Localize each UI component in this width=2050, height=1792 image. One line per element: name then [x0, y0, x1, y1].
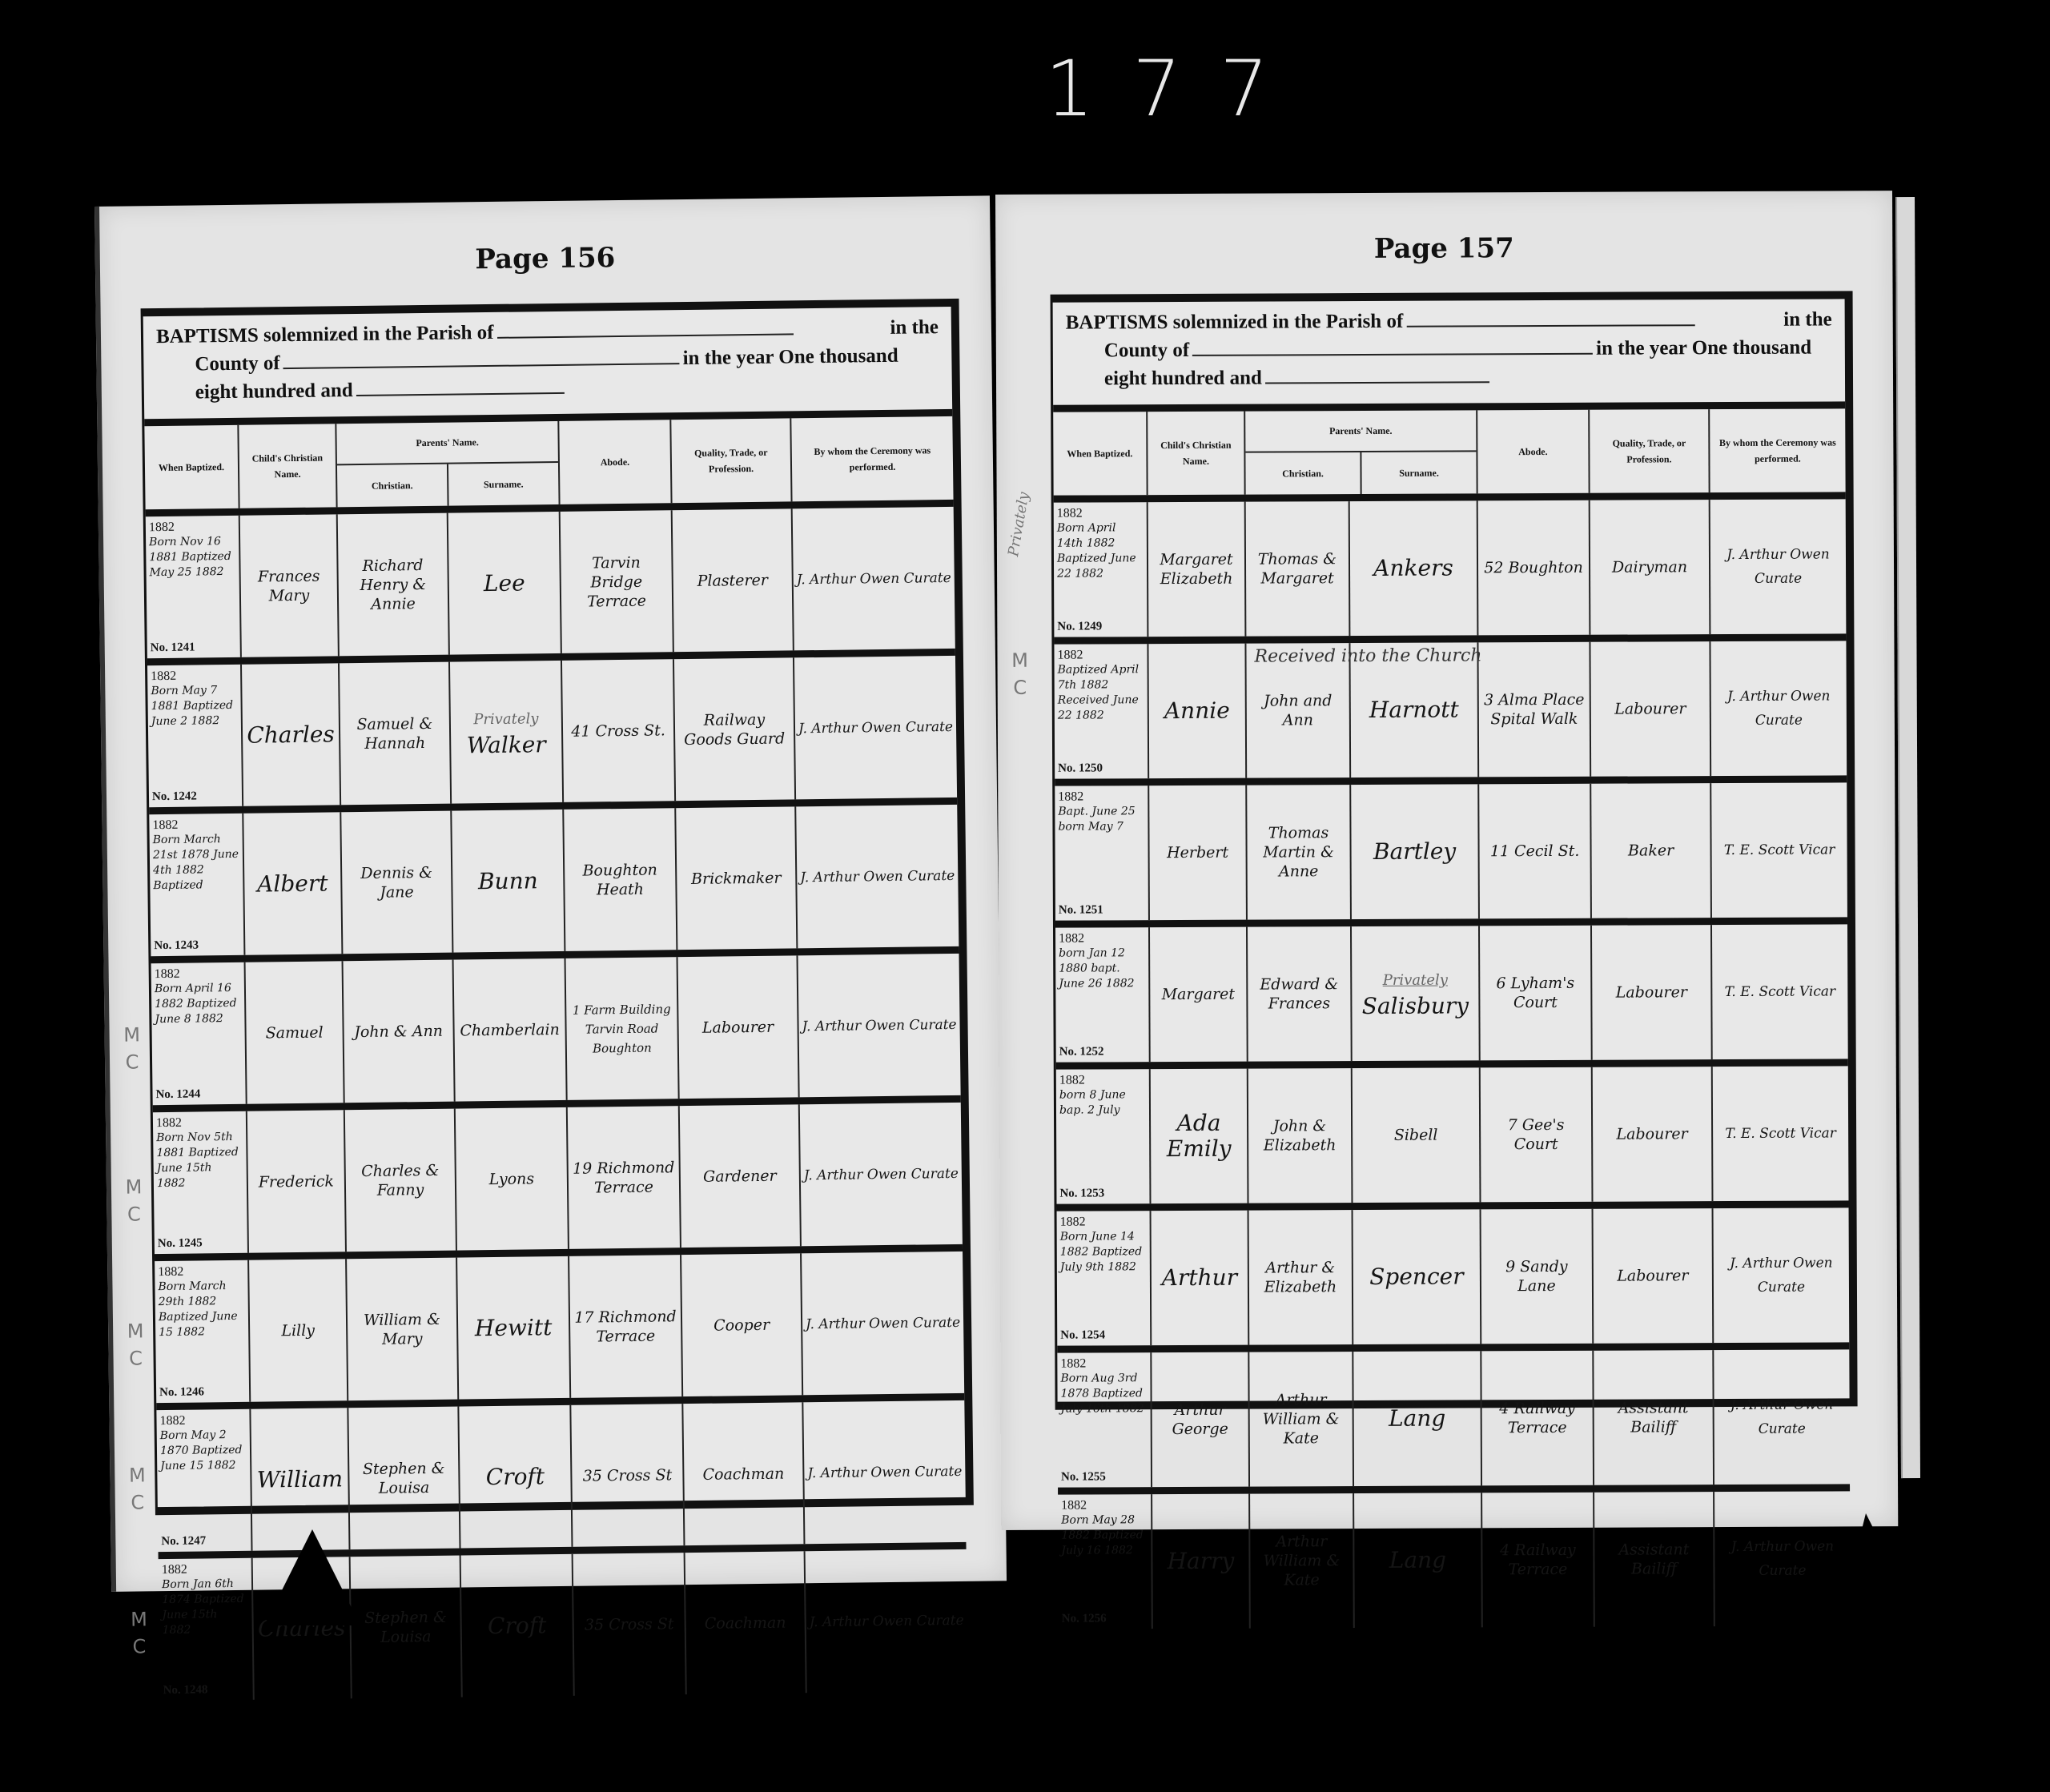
parents-christian: Arthur & Elizabeth [1249, 1210, 1354, 1345]
child-name: Charles [242, 663, 341, 806]
child-name: Albert [243, 812, 343, 954]
quality: Assistant Bailiff [1594, 1350, 1714, 1485]
minister: J. Arthur Owen Curate [1714, 1207, 1850, 1343]
left-page: Page 156 M C M C M C M C M C BAPTISMS so… [94, 195, 1007, 1592]
surname: PrivatelyWalker [450, 661, 564, 804]
quality: Labourer [1590, 641, 1711, 777]
quality: Labourer [678, 955, 800, 1099]
col-by-whom: By whom the Ceremony was performed. [1710, 408, 1845, 492]
entry-number: No. 1241 [151, 641, 195, 657]
col-when: When Baptized. [1053, 412, 1148, 496]
quality: Dairyman [1590, 500, 1711, 635]
entry-row: 1882Born Nov 16 1881 Baptized May 25 188… [146, 507, 955, 665]
entry-number: No. 1244 [155, 1087, 200, 1103]
surname: Sibell [1353, 1067, 1481, 1203]
minister: J. Arthur Owen Curate [806, 1549, 968, 1693]
col-parents-surname: Surname. [448, 463, 559, 506]
when-baptized: 1882Born March 29th 1882 Baptized June 1… [155, 1260, 251, 1403]
parents-christian: Stephen & Louisa [351, 1556, 463, 1699]
col-child: Child's Christian Name. [1148, 412, 1245, 496]
quality: Baker [1591, 783, 1712, 918]
minister: J. Arthur Owen Curate [794, 656, 957, 799]
when-baptized: 1882Baptized April 7th 1882 Received Jun… [1054, 644, 1149, 779]
surname: PrivatelySalisbury [1352, 926, 1481, 1061]
surname: Croft [459, 1405, 573, 1549]
entry-row: 1882born 8 June bap. 2 JulyNo. 1253 Ada … [1056, 1066, 1849, 1211]
header-parish-label: BAPTISMS solemnized in the Parish of [1066, 307, 1404, 337]
entry-number: No. 1254 [1060, 1328, 1105, 1343]
when-baptized: 1882Born May 28 1882 Baptized July 16 18… [1058, 1494, 1153, 1629]
entry-number: No. 1245 [158, 1236, 203, 1252]
col-abode: Abode. [559, 420, 672, 504]
when-baptized: 1882Born May 7 1881 Baptized June 2 1882… [147, 665, 243, 807]
parents-christian: Edward & Frances [1248, 926, 1353, 1062]
book-clip-left [264, 1529, 360, 1625]
quality: Coachman [683, 1402, 805, 1545]
col-parents-label: Parents' Name. [336, 421, 558, 465]
child-name: Lilly [249, 1259, 348, 1401]
abode: 11 Cecil St. [1479, 784, 1592, 919]
entry-row: Received into the Church 1882Baptized Ap… [1054, 641, 1847, 786]
minister: J. Arthur Owen Curate [1714, 1349, 1850, 1485]
baptism-register-right: Privately M C BAPTISMS solemnized in the… [1051, 291, 1858, 1409]
margin-note-privately: Privately [998, 475, 1041, 574]
child-name: Arthur George [1152, 1352, 1250, 1488]
minister: J. Arthur Owen Curate [1710, 641, 1847, 776]
entry-number: No. 1253 [1059, 1186, 1104, 1201]
abode: 3 Alma Place Spital Walk [1478, 642, 1591, 777]
entry-number: No. 1249 [1057, 619, 1102, 634]
surname: Lee [448, 512, 562, 655]
register-header: BAPTISMS solemnized in the Parish ofin t… [143, 307, 953, 426]
entry-row: 1882Born March 29th 1882 Baptized June 1… [155, 1252, 964, 1410]
right-page: Page 157 Privately M C BAPTISMS solemniz… [995, 191, 1898, 1530]
col-parents: Parents' Name. Christian.Surname. [1245, 410, 1477, 494]
quality: Assistant Bailiff [1594, 1492, 1715, 1627]
header-year-label: in the year One thousand [682, 342, 898, 372]
minister: J. Arthur Owen Curate [802, 1252, 964, 1395]
margin-mark: M C [119, 1021, 144, 1075]
entry-number: No. 1251 [1059, 902, 1103, 918]
quality: Plasterer [673, 508, 794, 652]
page-title: Page 157 [995, 231, 1892, 267]
entries: 1882Born April 14th 1882 Baptized June 2… [1054, 499, 1851, 1629]
parents-christian: Stephen & Louisa [348, 1407, 460, 1550]
abode: 7 Gee's Court [1481, 1067, 1594, 1203]
entry-number: No. 1247 [161, 1533, 206, 1549]
parents-christian: John & Ann [344, 960, 456, 1103]
privately-note: Privately [473, 706, 539, 733]
when-baptized: 1882Born Aug 3rd 1878 Baptized July 16th… [1057, 1352, 1152, 1488]
baptism-register-left: M C M C M C M C M C BAPTISMS solemnized … [141, 299, 974, 1515]
abode: 6 Lyham's Court [1480, 926, 1593, 1061]
quality: Labourer [1594, 1208, 1714, 1344]
minister: T. E. Scott Vicar [1711, 782, 1847, 918]
parents-christian: John & Elizabeth [1248, 1068, 1353, 1203]
col-quality: Quality, Trade, or Profession. [1590, 409, 1710, 493]
abode: 4 Railway Terrace [1481, 1351, 1594, 1486]
col-by-whom: By whom the Ceremony was performed. [791, 416, 953, 501]
minister: J. Arthur Owen Curate [793, 507, 955, 650]
abode: Tarvin Bridge Terrace [561, 510, 674, 653]
entry-number: No. 1248 [163, 1682, 208, 1698]
parents-christian: Charles & Fanny [345, 1109, 457, 1252]
quality: Labourer [1593, 1067, 1714, 1202]
when-baptized: 1882Born April 14th 1882 Baptized June 2… [1054, 502, 1149, 637]
parents-christian: Thomas & Margaret [1246, 501, 1351, 637]
abode: 52 Boughton [1478, 500, 1591, 636]
minister: J. Arthur Owen Curate [800, 1103, 963, 1246]
entry-number: No. 1246 [159, 1384, 204, 1400]
child-name: Arthur [1152, 1211, 1250, 1346]
register-header: BAPTISMS solemnized in the Parish ofin t… [1053, 299, 1846, 412]
parents-christian: Thomas Martin & Anne [1247, 785, 1352, 920]
abode: Boughton Heath [564, 808, 677, 951]
entry-number: No. 1256 [1062, 1611, 1107, 1626]
entry-number: No. 1243 [154, 938, 199, 954]
entry-row: 1882Born Aug 3rd 1878 Baptized July 16th… [1057, 1349, 1850, 1494]
col-parents: Parents' Name. Christian.Surname. [336, 421, 560, 507]
when-baptized: 1882Born Jan 6th 1874 Baptized June 15th… [159, 1558, 255, 1701]
when-baptized: 1882born Jan 12 1880 bapt. June 26 1882N… [1055, 927, 1151, 1063]
entry-number: No. 1250 [1058, 761, 1103, 776]
child-name: Ada Emily [1151, 1069, 1249, 1204]
entry-row: 1882Born April 14th 1882 Baptized June 2… [1054, 499, 1847, 644]
when-baptized: 1882Born March 21st 1878 June 4th 1882 B… [149, 814, 245, 956]
surname: Bartley [1351, 784, 1480, 919]
abode: 4 Railway Terrace [1482, 1493, 1595, 1628]
margin-mark: M C [125, 1461, 150, 1516]
entry-number: No. 1242 [152, 789, 197, 805]
surname: Bunn [452, 810, 565, 953]
quality: Coachman [685, 1551, 807, 1694]
abode: 41 Cross St. [562, 659, 676, 802]
surname: Croft [461, 1554, 575, 1698]
col-parents-christian: Christian. [337, 464, 449, 508]
parents-christian: Arthur William & Kate [1249, 1352, 1354, 1487]
minister: J. Arthur Owen Curate [1714, 1491, 1851, 1626]
entry-row: 1882Bapt. June 25 born May 7No. 1251 Her… [1055, 782, 1847, 927]
entry-row: 1882Born May 28 1882 Baptized July 16 18… [1058, 1491, 1851, 1629]
column-headers: When Baptized. Child's Christian Name. P… [1053, 408, 1845, 502]
col-quality: Quality, Trade, or Profession. [671, 418, 792, 503]
parents-christian: William & Mary [347, 1258, 459, 1401]
abode: 35 Cross St [571, 1404, 685, 1547]
col-parents-label: Parents' Name. [1245, 410, 1476, 452]
header-county-label: County of [195, 349, 280, 378]
abode: 35 Cross St [573, 1553, 687, 1696]
surname: Ankers [1350, 500, 1479, 636]
child-name: Frederick [247, 1110, 347, 1252]
child-name: Frances Mary [240, 514, 340, 657]
parents-christian: John and Ann [1246, 643, 1351, 778]
parents-christian: Arthur William & Kate [1250, 1493, 1355, 1629]
when-baptized: 1882Born June 14 1882 Baptized July 9th … [1057, 1211, 1152, 1346]
quality: Labourer [1592, 925, 1713, 1060]
surname: Lang [1353, 1351, 1482, 1486]
frame-number: 177 [1045, 44, 1307, 134]
margin-mark: M C [127, 1605, 151, 1660]
header-county-label: County of [1104, 336, 1189, 364]
col-parents-christian: Christian. [1245, 452, 1361, 495]
entry-row: 1882Born May 7 1881 Baptized June 2 1882… [147, 656, 957, 814]
minister: T. E. Scott Vicar [1713, 1066, 1849, 1201]
child-name: Annie [1148, 644, 1247, 779]
when-baptized: 1882Born Nov 5th 1881 Baptized June 15th… [153, 1111, 249, 1254]
minister: J. Arthur Owen Curate [1710, 499, 1847, 634]
col-when: When Baptized. [144, 425, 239, 509]
minister: J. Arthur Owen Curate [803, 1400, 966, 1544]
abode: 17 Richmond Terrace [569, 1255, 683, 1398]
quality: Brickmaker [676, 806, 798, 950]
header-parish-label: BAPTISMS solemnized in the Parish of [156, 319, 494, 351]
entry-row: 1882Born March 21st 1878 June 4th 1882 B… [149, 805, 959, 963]
child-name: Harry [1152, 1494, 1251, 1629]
child-name: Samuel [246, 961, 345, 1103]
surname: Spencer [1353, 1209, 1482, 1344]
child-name: Margaret [1150, 927, 1248, 1063]
surname: Harnott [1350, 642, 1479, 777]
abode: 9 Sandy Lane [1481, 1209, 1594, 1344]
header-eight-hundred: eight hundred and [195, 376, 353, 406]
col-abode: Abode. [1477, 410, 1590, 494]
when-baptized: 1882born 8 June bap. 2 JulyNo. 1253 [1056, 1069, 1152, 1204]
header-year-label: in the year One thousand [1596, 334, 1811, 363]
child-name: Margaret Elizabeth [1148, 502, 1247, 637]
parents-christian: Dennis & Jane [341, 811, 453, 954]
quality: Gardener [680, 1104, 802, 1248]
entry-number: No. 1255 [1061, 1469, 1106, 1485]
when-baptized: 1882Born April 16 1882 Baptized June 8 1… [151, 962, 247, 1105]
surname: Lang [1354, 1493, 1483, 1628]
minister: J. Arthur Owen Curate [798, 954, 960, 1097]
entry-row: 1882Born April 16 1882 Baptized June 8 1… [151, 954, 961, 1112]
entry-number: No. 1252 [1059, 1044, 1104, 1059]
entry-row: 1882born Jan 12 1880 bapt. June 26 1882N… [1055, 924, 1848, 1069]
entry-row: 1882Born June 14 1882 Baptized July 9th … [1057, 1207, 1850, 1352]
surname: Hewitt [457, 1256, 571, 1400]
surname: Chamberlain [454, 958, 568, 1102]
column-headers: When Baptized. Child's Christian Name. P… [144, 416, 953, 516]
header-eight-hundred: eight hundred and [1104, 364, 1262, 393]
parents-christian: Richard Henry & Annie [338, 513, 450, 657]
minister: T. E. Scott Vicar [1712, 924, 1848, 1059]
abode: 19 Richmond Terrace [568, 1106, 681, 1249]
header-in-the: in the [1783, 305, 1832, 333]
quality: Cooper [681, 1253, 803, 1396]
abode: 1 Farm Building Tarvin Road Boughton [566, 957, 680, 1100]
quality: Railway Goods Guard [674, 657, 796, 801]
header-in-the: in the [890, 313, 939, 342]
privately-note: Privately [1383, 968, 1448, 994]
margin-mark: M C [1007, 647, 1031, 701]
margin-mark: M C [122, 1173, 147, 1227]
when-baptized: 1882Bapt. June 25 born May 7No. 1251 [1055, 786, 1150, 921]
page-title: Page 156 [100, 237, 991, 280]
when-baptized: 1882Born Nov 16 1881 Baptized May 25 188… [146, 516, 242, 658]
entries: 1882Born Nov 16 1881 Baptized May 25 188… [146, 507, 968, 1701]
surname: Lyons [456, 1107, 569, 1251]
entry-row: 1882Born Nov 5th 1881 Baptized June 15th… [153, 1103, 963, 1261]
when-baptized: 1882Born May 2 1870 Baptized June 15 188… [156, 1409, 252, 1552]
col-child: Child's Christian Name. [239, 424, 337, 508]
col-parents-surname: Surname. [1361, 452, 1476, 494]
minister: J. Arthur Owen Curate [796, 805, 959, 948]
child-name: Herbert [1149, 786, 1248, 921]
margin-mark: M C [123, 1317, 148, 1372]
book-clip-right [1834, 1513, 1930, 1641]
parents-christian: Samuel & Hannah [340, 662, 452, 806]
